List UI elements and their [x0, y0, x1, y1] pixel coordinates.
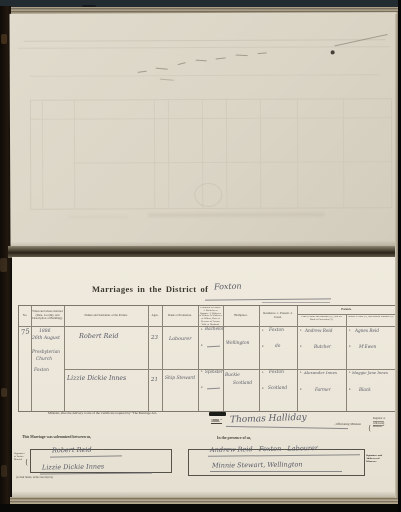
header-when-where: When and where married (Date, Locality, … [32, 310, 63, 324]
witnesses-label-3: Witnesses [366, 460, 394, 463]
redaction-mark [209, 412, 226, 416]
solemnized-heading: This Marriage was solemnized between us, [22, 435, 91, 439]
header-no: No. [19, 314, 31, 318]
witnesses-heading: In the presence of us, [217, 436, 251, 440]
groom-condition: Bachelor [205, 326, 224, 331]
groom-age: 23 [151, 335, 158, 341]
pencil-mark [156, 68, 168, 70]
upper-blank-page [9, 12, 397, 250]
header-birthplace: Birthplace. [225, 314, 257, 318]
header-names: Names and Surnames of the Parties. [69, 314, 143, 318]
bride-residence2: Scotland [268, 386, 287, 391]
header-condition: Condition of Parties: 1. Bachelor or Spi… [199, 307, 222, 325]
entry-number: 75 [20, 327, 30, 336]
bride-age: 21 [151, 377, 158, 383]
photo-top-shadow [0, 0, 401, 7]
row-divider [64, 369, 396, 370]
groom-father-rank: Butcher [314, 344, 331, 349]
pencil-mark [138, 71, 147, 73]
bleed-line [24, 39, 386, 41]
col-rule [148, 306, 149, 411]
marker: 1. [261, 329, 265, 333]
marker: 1. [200, 328, 204, 332]
bleed-line [30, 74, 380, 76]
col-rule [162, 306, 163, 411]
pencil-mark [196, 60, 207, 62]
certification-text: Minister, after the delivery to me of th… [48, 412, 210, 416]
marker: 2. [261, 345, 265, 349]
bride-father-rank: Farmer [315, 387, 331, 392]
brace-glyph: { [25, 458, 28, 466]
district-underline-tail [262, 302, 330, 303]
minister-bracket: { [368, 417, 371, 435]
pencil-mark [178, 62, 186, 65]
header-mother: Mother's Name (1), and Maiden Surname (2… [348, 316, 394, 319]
groom-rank: Labourer [169, 337, 192, 342]
marker: 2. [200, 386, 204, 390]
binding-highlight [0, 258, 7, 272]
bride-rank: Ship Steward [165, 376, 195, 381]
groom-name: Robert Reid [79, 332, 119, 340]
marker: 2. [299, 388, 303, 392]
groom-birthplace: Wellington [226, 341, 249, 346]
condition-dash [207, 388, 220, 389]
district-handwritten: Foxton [214, 282, 242, 292]
party1-signature: Robert Reid [52, 446, 92, 455]
bride-name: Lizzie Dickie Innes [67, 375, 126, 382]
marker: 1. [299, 371, 303, 375]
marker: 1. [261, 371, 265, 375]
marker: 2. [261, 387, 265, 391]
bride-condition: Spinster [205, 369, 223, 374]
marks-footnote: (or their marks, as the case may be) [16, 476, 53, 479]
bride-father: Alexander Innes [304, 370, 337, 375]
header-ages: Ages. [148, 314, 162, 318]
binding-highlight [1, 34, 7, 44]
bride-birthplace1: Buckie [225, 373, 240, 378]
bracket-option-1: Registrar or [373, 417, 385, 420]
bleed-line [18, 46, 390, 48]
pencil-mark [216, 57, 226, 59]
amended-year: 1880." [211, 418, 222, 424]
condition-dash [207, 346, 220, 347]
parties-brace: { [25, 451, 28, 469]
photo-bottom-shadow [0, 504, 401, 512]
entry-place3: Foxton [34, 368, 49, 373]
marker: 2. [200, 344, 204, 348]
marker: 1. [200, 370, 204, 374]
register-book-photo: Marriages in the District of Foxton No. … [0, 0, 401, 512]
officiating-minister-label: , Officiating Minister [334, 422, 361, 426]
header-parents: Parents. [297, 308, 396, 312]
marker: 2. [299, 345, 303, 349]
bride-mother-maiden: Black [359, 387, 371, 392]
col-rule [64, 306, 65, 411]
brace-glyph: { [368, 424, 371, 432]
page-stack-bottom-edge [10, 497, 398, 504]
col-rule [259, 306, 260, 411]
header-residence: Residence. 1. Present. 2. Usual. [261, 312, 295, 319]
binding-highlight [1, 465, 7, 477]
witness2-underline [210, 471, 342, 472]
bride-birthplace2: Scotland [233, 381, 252, 386]
entry-date: 26th August [32, 336, 60, 341]
header-father: Father (Name and Surname) (1), and his R… [299, 316, 344, 322]
bleed-text-smear [68, 215, 128, 218]
header-rank: Rank or Profession. [164, 314, 196, 318]
parents-group-rule [297, 314, 396, 315]
witness2-signature: Minnie Stewart, Wellington [212, 460, 303, 469]
bleed-text-smear [148, 212, 324, 217]
entry-place1: Presbyterian [32, 350, 60, 355]
marker: 1. [348, 329, 352, 333]
col-rule [297, 306, 298, 411]
minister-signature: Thomas Halliday [230, 413, 307, 426]
marker: 1. [299, 329, 303, 333]
pencil-mark [160, 79, 174, 81]
bracket-option-3: Minister. [373, 425, 382, 428]
groom-mother: Agnes Reid [355, 328, 379, 333]
entry-place2: Church [36, 357, 52, 362]
pencil-mark [236, 55, 248, 57]
page-title: Marriages in the District of [92, 284, 208, 294]
district-underline [205, 298, 331, 300]
groom-residence2: do [275, 344, 280, 349]
col-rule [223, 306, 224, 411]
bleed-stamp [194, 183, 222, 207]
pencil-mark [258, 52, 267, 54]
groom-father: Andrew Reid [305, 328, 332, 333]
marker: 2. [348, 345, 352, 349]
register-page: Marriages in the District of Foxton No. … [12, 257, 397, 497]
col-rule [346, 314, 347, 411]
entry-year: 1886 [39, 329, 50, 334]
bride-mother: Maggie Jane Innes [352, 370, 388, 375]
party2-signature: Lizzie Dickie Innes [42, 462, 104, 471]
bride-residence1: Foxton [269, 370, 284, 375]
signature-flourish [226, 426, 348, 429]
party2-underline [40, 473, 152, 475]
register-table: No. When and where married (Date, Locali… [18, 305, 397, 412]
groom-residence1: Foxton [269, 328, 284, 333]
binding-highlight [1, 388, 7, 397]
groom-mother-maiden: M'Ewen [359, 344, 376, 349]
parties-label-3: Married [14, 458, 22, 461]
marker: 2. [348, 388, 352, 392]
ink-blot [331, 50, 335, 54]
